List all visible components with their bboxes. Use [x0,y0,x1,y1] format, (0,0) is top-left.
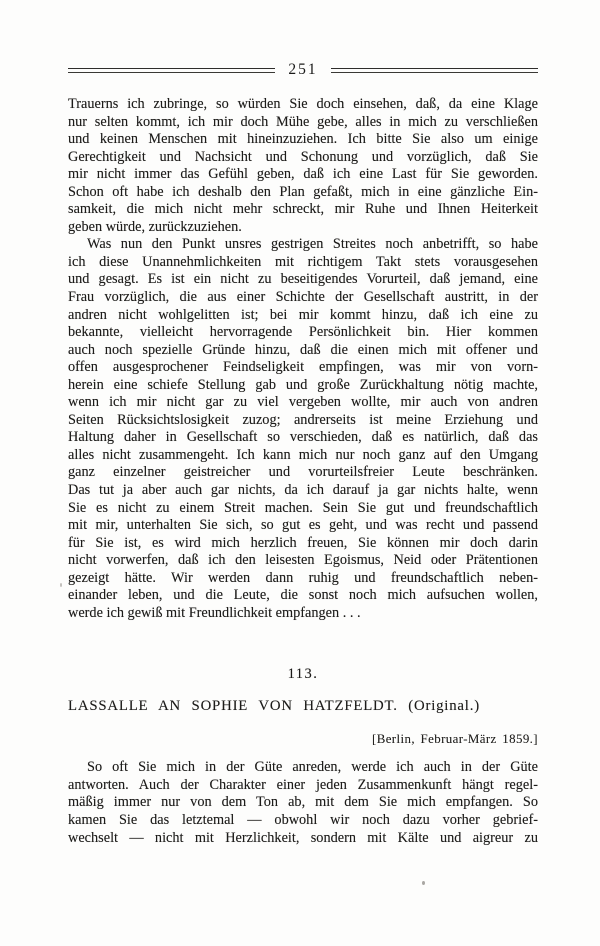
text-line: geben würde, zurückzuziehen. [68,219,538,237]
text-line: nicht vorwerfen, daß ich den leisesten E… [68,552,538,570]
text-line: alles nicht zusammengeht. Ich kann mich … [68,447,538,465]
scan-artifact-speck [60,583,62,587]
text-line: mir nicht immer das Gefühl geben, daß ic… [68,166,538,184]
text-line: offen ausgesprochener Feindseligkeit emp… [68,359,538,377]
text-line: Haltung daher in Gesellschaft so verschi… [68,429,538,447]
text-line: für Sie ist, es wird mich herzlich freue… [68,535,538,553]
text-line: Das tut ja aber auch gar nichts, da ich … [68,482,538,500]
page-number: 251 [275,62,330,77]
book-page-scan: 251 Trauerns ich zubringe, so würden Sie… [0,0,600,946]
text-line: Schon oft habe ich deshalb den Plan gefa… [68,184,538,202]
letter-text-body: So oft Sie mich in der Güte anreden, wer… [68,759,538,848]
text-line: So oft Sie mich in der Güte anreden, wer… [68,759,538,777]
text-line: ich diese Unannehmlichkeiten mit richtig… [68,254,538,272]
text-line: antworten. Auch der Charakter einer jede… [68,777,538,795]
text-line: ganz einzelner geistreicher und vorurtei… [68,464,538,482]
text-line: mäßig immer nur von dem Ton ab, mit dem … [68,794,538,812]
text-line: kamen Sie das letztemal — obwohl wir noc… [68,812,538,830]
text-line: wenn ich mir nicht gar zu viel vergeben … [68,394,538,412]
section-number: 113. [68,666,538,683]
header-rule-left [68,68,275,73]
text-line: herein eine schiefe Stellung gab und gro… [68,377,538,395]
text-line: auch noch spezielle Gründe hinzu, daß di… [68,342,538,360]
text-line: werde ich gewiß mit Freundlichkeit empfa… [68,605,538,623]
running-head: 251 [68,63,538,78]
letter-text-continuation: Trauerns ich zubringe, so würden Sie doc… [68,96,538,622]
text-line: mit mir, unterhalten Sie sich, so gut es… [68,517,538,535]
text-line: bekannte, vielleicht hervorragende Persö… [68,324,538,342]
header-rule-right [331,68,538,73]
text-line: Trauerns ich zubringe, so würden Sie doc… [68,96,538,114]
letter-heading: LASSALLE AN SOPHIE VON HATZFELDT. (Origi… [68,698,538,715]
text-line: nur selten kommt, ich mir doch Mühe gebe… [68,114,538,132]
text-line: Was nun den Punkt unsres gestrigen Strei… [68,236,538,254]
dateline: [Berlin, Februar-März 1859.] [68,732,538,747]
text-line: gezeigt hätte. Wir werden dann ruhig und… [68,570,538,588]
text-line: und keinen Menschen mit hineinzuziehen. … [68,131,538,149]
text-line: samkeit, die mich nicht mehr schreckt, m… [68,201,538,219]
text-line: Sie es nicht zu einem Streit machen. Sei… [68,500,538,518]
text-line: Seiten Rücksichtslosigkeit zuzog; andrer… [68,412,538,430]
text-line: wechselt — nicht mit Herzlichkeit, sonde… [68,830,538,848]
text-line: Gerechtigkeit und Nachsicht und Schonung… [68,149,538,167]
scan-artifact-speck [422,881,425,885]
text-line: einander leben, und die Leute, die sonst… [68,587,538,605]
text-line: andren nicht wohlgelitten ist; bei mir k… [68,307,538,325]
text-line: Frau vorzüglich, die aus einer Schichte … [68,289,538,307]
text-line: und gesagt. Es ist ein nicht zu beseitig… [68,271,538,289]
